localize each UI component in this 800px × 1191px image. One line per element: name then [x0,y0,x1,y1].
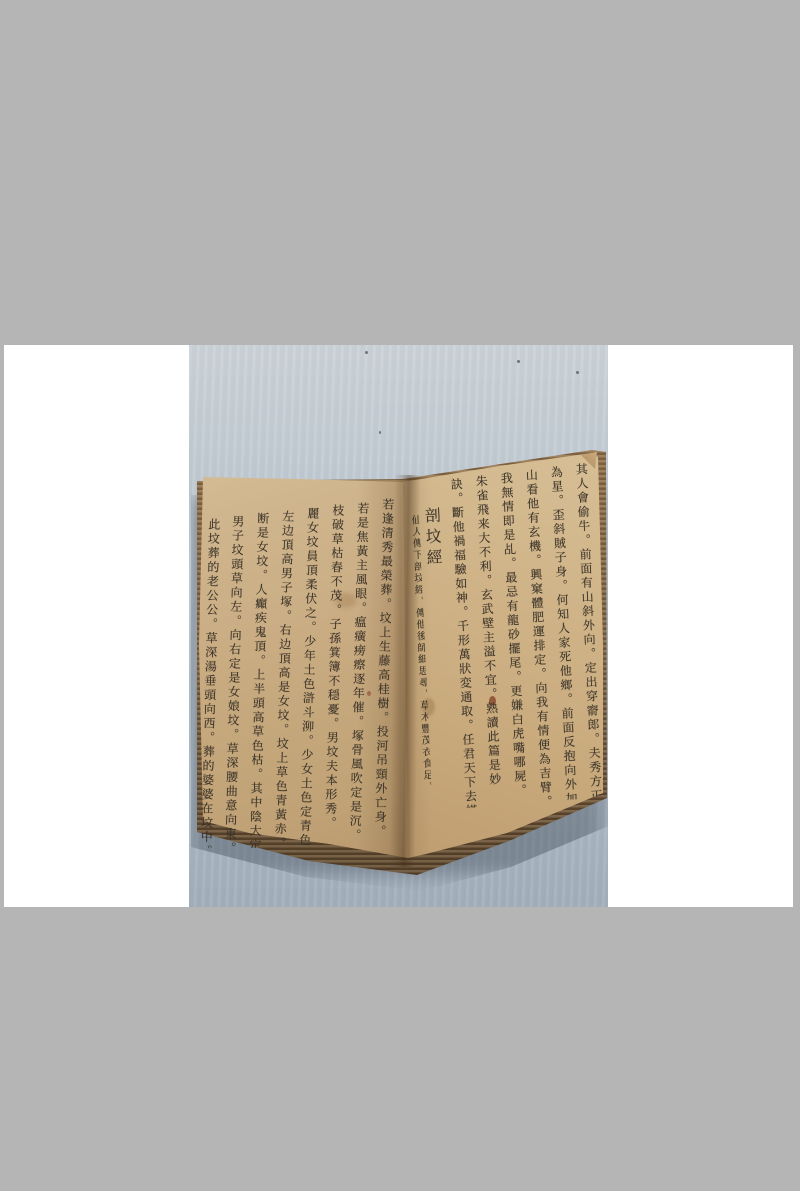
wall-speck [365,351,368,354]
paper-stain [367,691,371,696]
wall-speck [576,371,579,374]
page: { "book": { "right_page": { "columns": [… [0,0,800,1191]
wall-speck [379,431,381,434]
wall-speck [517,360,520,363]
manuscript-photo: 其人會偷牛。前面有山斜外向。定出穿窬郎。夫秀方正主。 為星。歪斜賊子身。何知人家… [189,345,608,907]
